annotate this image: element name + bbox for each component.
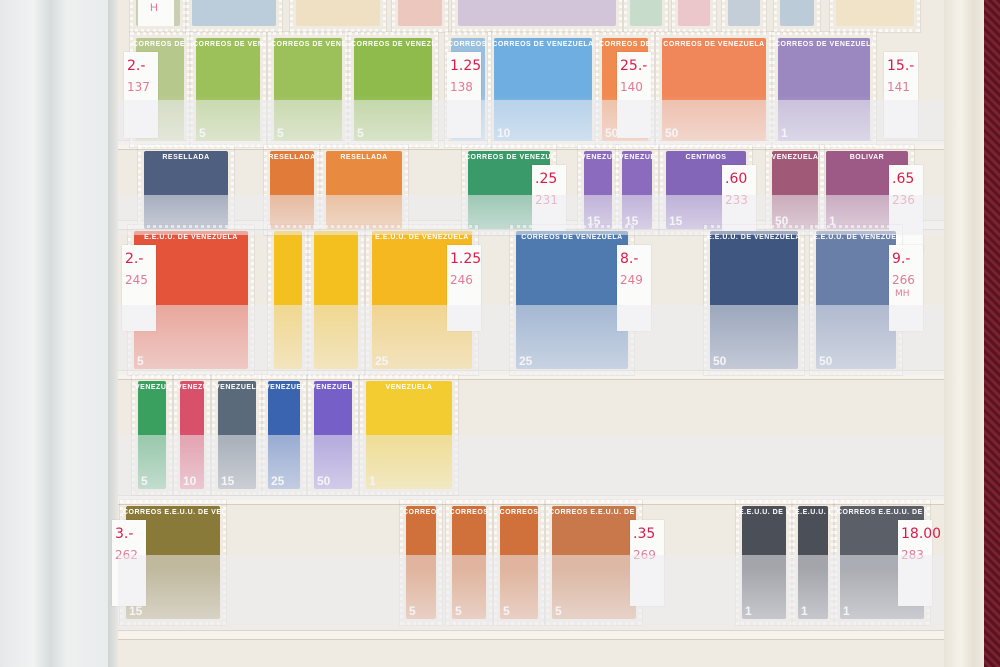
tag-catalog-number: 246 (450, 273, 473, 287)
tag-price: 2.- (125, 251, 143, 267)
stamp-inscription: VENEZUELA (265, 384, 303, 391)
stamp-inscription: RESELLADA (141, 154, 231, 161)
stamp-face (778, 38, 870, 141)
stamp-face (780, 0, 814, 26)
stamp-top-partial (774, 0, 820, 32)
stamp-face (836, 0, 914, 26)
stamp-inscription: CORREOS DE VENEZUELA (448, 41, 488, 48)
tag-catalog-number: 137 (127, 80, 150, 94)
stamp-inscription: CORREOS DE VENEZUELA (351, 41, 435, 48)
stamp-denomination: 5 (141, 474, 148, 488)
stamp-inscription: VENEZUELA (619, 154, 655, 161)
tag-catalog-number: 231 (535, 193, 558, 207)
stamp-inscription: CORREOS DE VENEZUELA (513, 234, 631, 241)
stamp-inscription: VENEZUELA (363, 384, 455, 391)
stamp-face (458, 0, 616, 26)
stamp (268, 225, 308, 375)
tag-catalog-number: 266 (892, 273, 915, 287)
stamp-face (354, 38, 432, 141)
stamp-top-partial (722, 0, 766, 32)
stamp-denomination: 1 (369, 474, 376, 488)
stamp-face (500, 506, 538, 619)
price-tag-fragment: H (138, 0, 174, 26)
stamp-inscription: CORREOS E.E.U.U. DE VENEZUELA (837, 509, 927, 516)
stamp-face (268, 381, 300, 489)
tag-price: 8.- (620, 251, 638, 267)
stamp-inscription: CORREOS (449, 509, 489, 516)
stamp-inscription: CORREOS E.E.U.U. DE VENEZUELA (549, 509, 639, 516)
stamp: CORREOS5 (400, 500, 442, 625)
stamp-denomination: 1 (801, 604, 808, 618)
stamp-denomination: 25 (271, 474, 284, 488)
tag-price: 1.25 (450, 251, 481, 267)
price-tag: 18.00283 (898, 520, 932, 606)
stamp-inscription: E.E.U.U. DE VENEZUELA (813, 234, 899, 241)
stamp-denomination: 10 (183, 474, 196, 488)
stamp-inscription: CORREOS DE VENEZUELA (491, 41, 595, 48)
price-tag: 25.-140 (617, 52, 651, 138)
stamp-face (798, 506, 828, 619)
stamp-denomination: 25 (519, 354, 532, 368)
tag-catalog-number: 141 (887, 80, 910, 94)
stamp: CORREOS DE VENEZUELA10 (488, 32, 598, 147)
stamp-face (218, 381, 256, 489)
price-tag: 8.-249 (617, 245, 651, 331)
stamp-denomination: 25 (375, 354, 388, 368)
stamp-denomination: 5 (409, 604, 416, 618)
stamp-face (366, 381, 452, 489)
stamp-face (630, 0, 662, 26)
tag-price: 18.00 (901, 526, 941, 542)
stamp-top-partial (186, 0, 282, 32)
tag-catalog-number: 138 (450, 80, 473, 94)
album-binding (984, 0, 1000, 667)
stamp-face (270, 151, 314, 229)
stamp-inscription: VENEZUELA (769, 154, 821, 161)
stamp-face (192, 0, 276, 26)
stamp: VENEZUELA1 (360, 375, 458, 495)
stamp-denomination: 50 (819, 354, 832, 368)
stamp: CORREOS DE VENEZUELA50 (656, 32, 772, 147)
stamp: VENEZUELA25 (262, 375, 306, 495)
price-tag: 2.-245 (122, 245, 156, 331)
stamp: VENEZUELA5 (132, 375, 172, 495)
tag-catalog-number: 262 (115, 548, 138, 562)
stamp-inscription: VENEZUELA (215, 384, 259, 391)
stamp-top-partial (392, 0, 448, 32)
stamp: RESELLADA (264, 145, 320, 235)
stamp-top-partial (830, 0, 920, 32)
stamp: CORREOS DE VENEZUELA5 (348, 32, 438, 147)
stamp-face (710, 231, 798, 369)
stamp-inscription: VENEZUELA (135, 384, 169, 391)
stockbook-strip (118, 630, 944, 640)
stamp: CORREOS E.E.U.U. DE VENEZUELA5 (546, 500, 642, 625)
page-margin (944, 0, 986, 667)
stamp-inscription: RESELLADA (267, 154, 317, 161)
stamp: VENEZUELA15 (212, 375, 262, 495)
plastic-sleeve (0, 0, 112, 667)
tag-catalog-number: 269 (633, 548, 656, 562)
tag-catalog-number: 140 (620, 80, 643, 94)
stamp-inscription: E.E.U.U. DE VENEZUELA (739, 509, 789, 516)
stamp-inscription: BOLIVAR (823, 154, 911, 161)
price-tag: 1.25246 (447, 245, 481, 331)
stamp-inscription: CORREOS (497, 509, 541, 516)
stamp-top-partial (290, 0, 386, 32)
stamp-inscription: CENTIMOS (663, 154, 749, 161)
stamp: VENEZUELA50 (766, 145, 824, 235)
tag-price: 25.- (620, 58, 647, 74)
tag-price: .60 (725, 171, 747, 187)
stamp-face (314, 381, 352, 489)
stamp-face (314, 231, 358, 369)
stamp-inscription: E.E.U.U. DE VENEZUELA (131, 234, 251, 241)
stamp-inscription: CORREOS DE VENEZUELA (271, 41, 345, 48)
tag-price: 9.- (892, 251, 910, 267)
stamp-denomination: 15 (669, 214, 682, 228)
stamp: E.E.U.U. DE VENEZUELA1 (736, 500, 792, 625)
catalog-number: H (150, 2, 158, 14)
stamp-denomination: 5 (503, 604, 510, 618)
stamp-inscription: CORREOS DE VENEZUELA (133, 41, 187, 48)
stamp-face (398, 0, 442, 26)
stamp-face (742, 506, 786, 619)
tag-catalog-number: 233 (725, 193, 748, 207)
tag-catalog-number: 249 (620, 273, 643, 287)
stamp: CORREOS DE VENEZUELA1 (772, 32, 876, 147)
stamp-inscription: E.E.U.U. DE VENEZUELA (369, 234, 475, 241)
price-tag: 9.-266MH (889, 245, 923, 331)
price-tag: 15.-141 (884, 52, 918, 138)
stamp-inscription: CORREOS DE VENEZUELA (775, 41, 873, 48)
stamp: VENEZUELA10 (174, 375, 210, 495)
stamp-denomination: 5 (455, 604, 462, 618)
tag-condition-note: MH (895, 289, 910, 299)
stamp-face (138, 381, 166, 489)
stamp-inscription: CORREOS E.E.U.U. DE VENEZUELA (123, 509, 223, 516)
tag-price: 1.25 (450, 58, 481, 74)
price-tag: 1.25138 (447, 52, 481, 138)
stamp-inscription: CORREOS DE VENEZUELA (659, 41, 769, 48)
tag-price: .25 (535, 171, 557, 187)
stamp-inscription: VENEZUELA (311, 384, 355, 391)
tag-price: .35 (633, 526, 655, 542)
stamp-denomination: 50 (713, 354, 726, 368)
stamp-denomination: 5 (357, 126, 364, 140)
stamp-inscription: E.E.U.U. DE VENEZUELA (707, 234, 801, 241)
tag-price: 3.- (115, 526, 133, 542)
price-tag: 2.-137 (124, 52, 158, 138)
stamp-denomination: 50 (665, 126, 678, 140)
stamp-denomination: 1 (781, 126, 788, 140)
price-tag: 3.-262 (112, 520, 146, 606)
stamp-face (144, 151, 228, 229)
stamp-denomination: 50 (317, 474, 330, 488)
tag-catalog-number: 283 (901, 548, 924, 562)
price-tag: .35269 (630, 520, 664, 606)
stamp-face (180, 381, 204, 489)
stamp (308, 225, 364, 375)
stamp-face (728, 0, 760, 26)
stamp-face (406, 506, 436, 619)
stamp-denomination: 5 (277, 126, 284, 140)
stamp-face (452, 506, 486, 619)
stamp-inscription: CORREOS (403, 509, 439, 516)
stamp-denomination: 15 (221, 474, 234, 488)
stamp: VENEZUELA15 (616, 145, 658, 235)
stamp-album-photo: HCORREOS DE VENEZUELA5CORREOS DE VENEZUE… (0, 0, 1000, 667)
stamp-inscription: VENEZUELA (581, 154, 615, 161)
stamp-top-partial (452, 0, 622, 32)
stamp-denomination: 1 (843, 604, 850, 618)
stamp-face (296, 0, 380, 26)
stamp-inscription: E.E.U.U. DE VENEZUELA (795, 509, 831, 516)
stamp-face (274, 38, 342, 141)
stamp: RESELLADA (138, 145, 234, 235)
stamp-face (552, 506, 636, 619)
stamp-inscription: RESELLADA (323, 154, 405, 161)
stamp: CORREOS5 (446, 500, 492, 625)
stamp-face (516, 231, 628, 369)
tag-price: .65 (892, 171, 914, 187)
stamp-inscription: CORREOS DE VENEZUELA (599, 41, 651, 48)
tag-catalog-number: 245 (125, 273, 148, 287)
stamp-face (816, 231, 896, 369)
stamp-denomination: 5 (137, 354, 144, 368)
stamp-inscription: VENEZUELA (177, 384, 207, 391)
stamp: RESELLADA (320, 145, 408, 235)
stamp-denomination: 10 (497, 126, 510, 140)
stamp: CORREOS5 (494, 500, 544, 625)
stamp: CORREOS DE VENEZUELA25 (510, 225, 634, 375)
stamp-inscription: CORREOS DE VENEZUELA (193, 41, 263, 48)
stamp-denomination: 5 (199, 126, 206, 140)
stamp: CORREOS DE VENEZUELA5 (190, 32, 266, 147)
stamp-denomination: 1 (745, 604, 752, 618)
stamp-inscription: CORREOS DE VENEZUELA (465, 154, 553, 161)
stamp-top-partial (624, 0, 668, 32)
stamp-top-partial (672, 0, 716, 32)
stamp: E.E.U.U. DE VENEZUELA1 (792, 500, 834, 625)
stamp-denomination: 5 (555, 604, 562, 618)
stamp: VENEZUELA50 (308, 375, 358, 495)
tag-price: 2.- (127, 58, 145, 74)
tag-price: 15.- (887, 58, 914, 74)
stamp-denomination: 15 (129, 604, 142, 618)
stamp: E.E.U.U. DE VENEZUELA50 (704, 225, 804, 375)
stamp-face (326, 151, 402, 229)
tag-catalog-number: 236 (892, 193, 915, 207)
stamp: VENEZUELA15 (578, 145, 618, 235)
stamp-face (678, 0, 710, 26)
stamp: CORREOS DE VENEZUELA5 (268, 32, 348, 147)
stamp-face (274, 231, 302, 369)
